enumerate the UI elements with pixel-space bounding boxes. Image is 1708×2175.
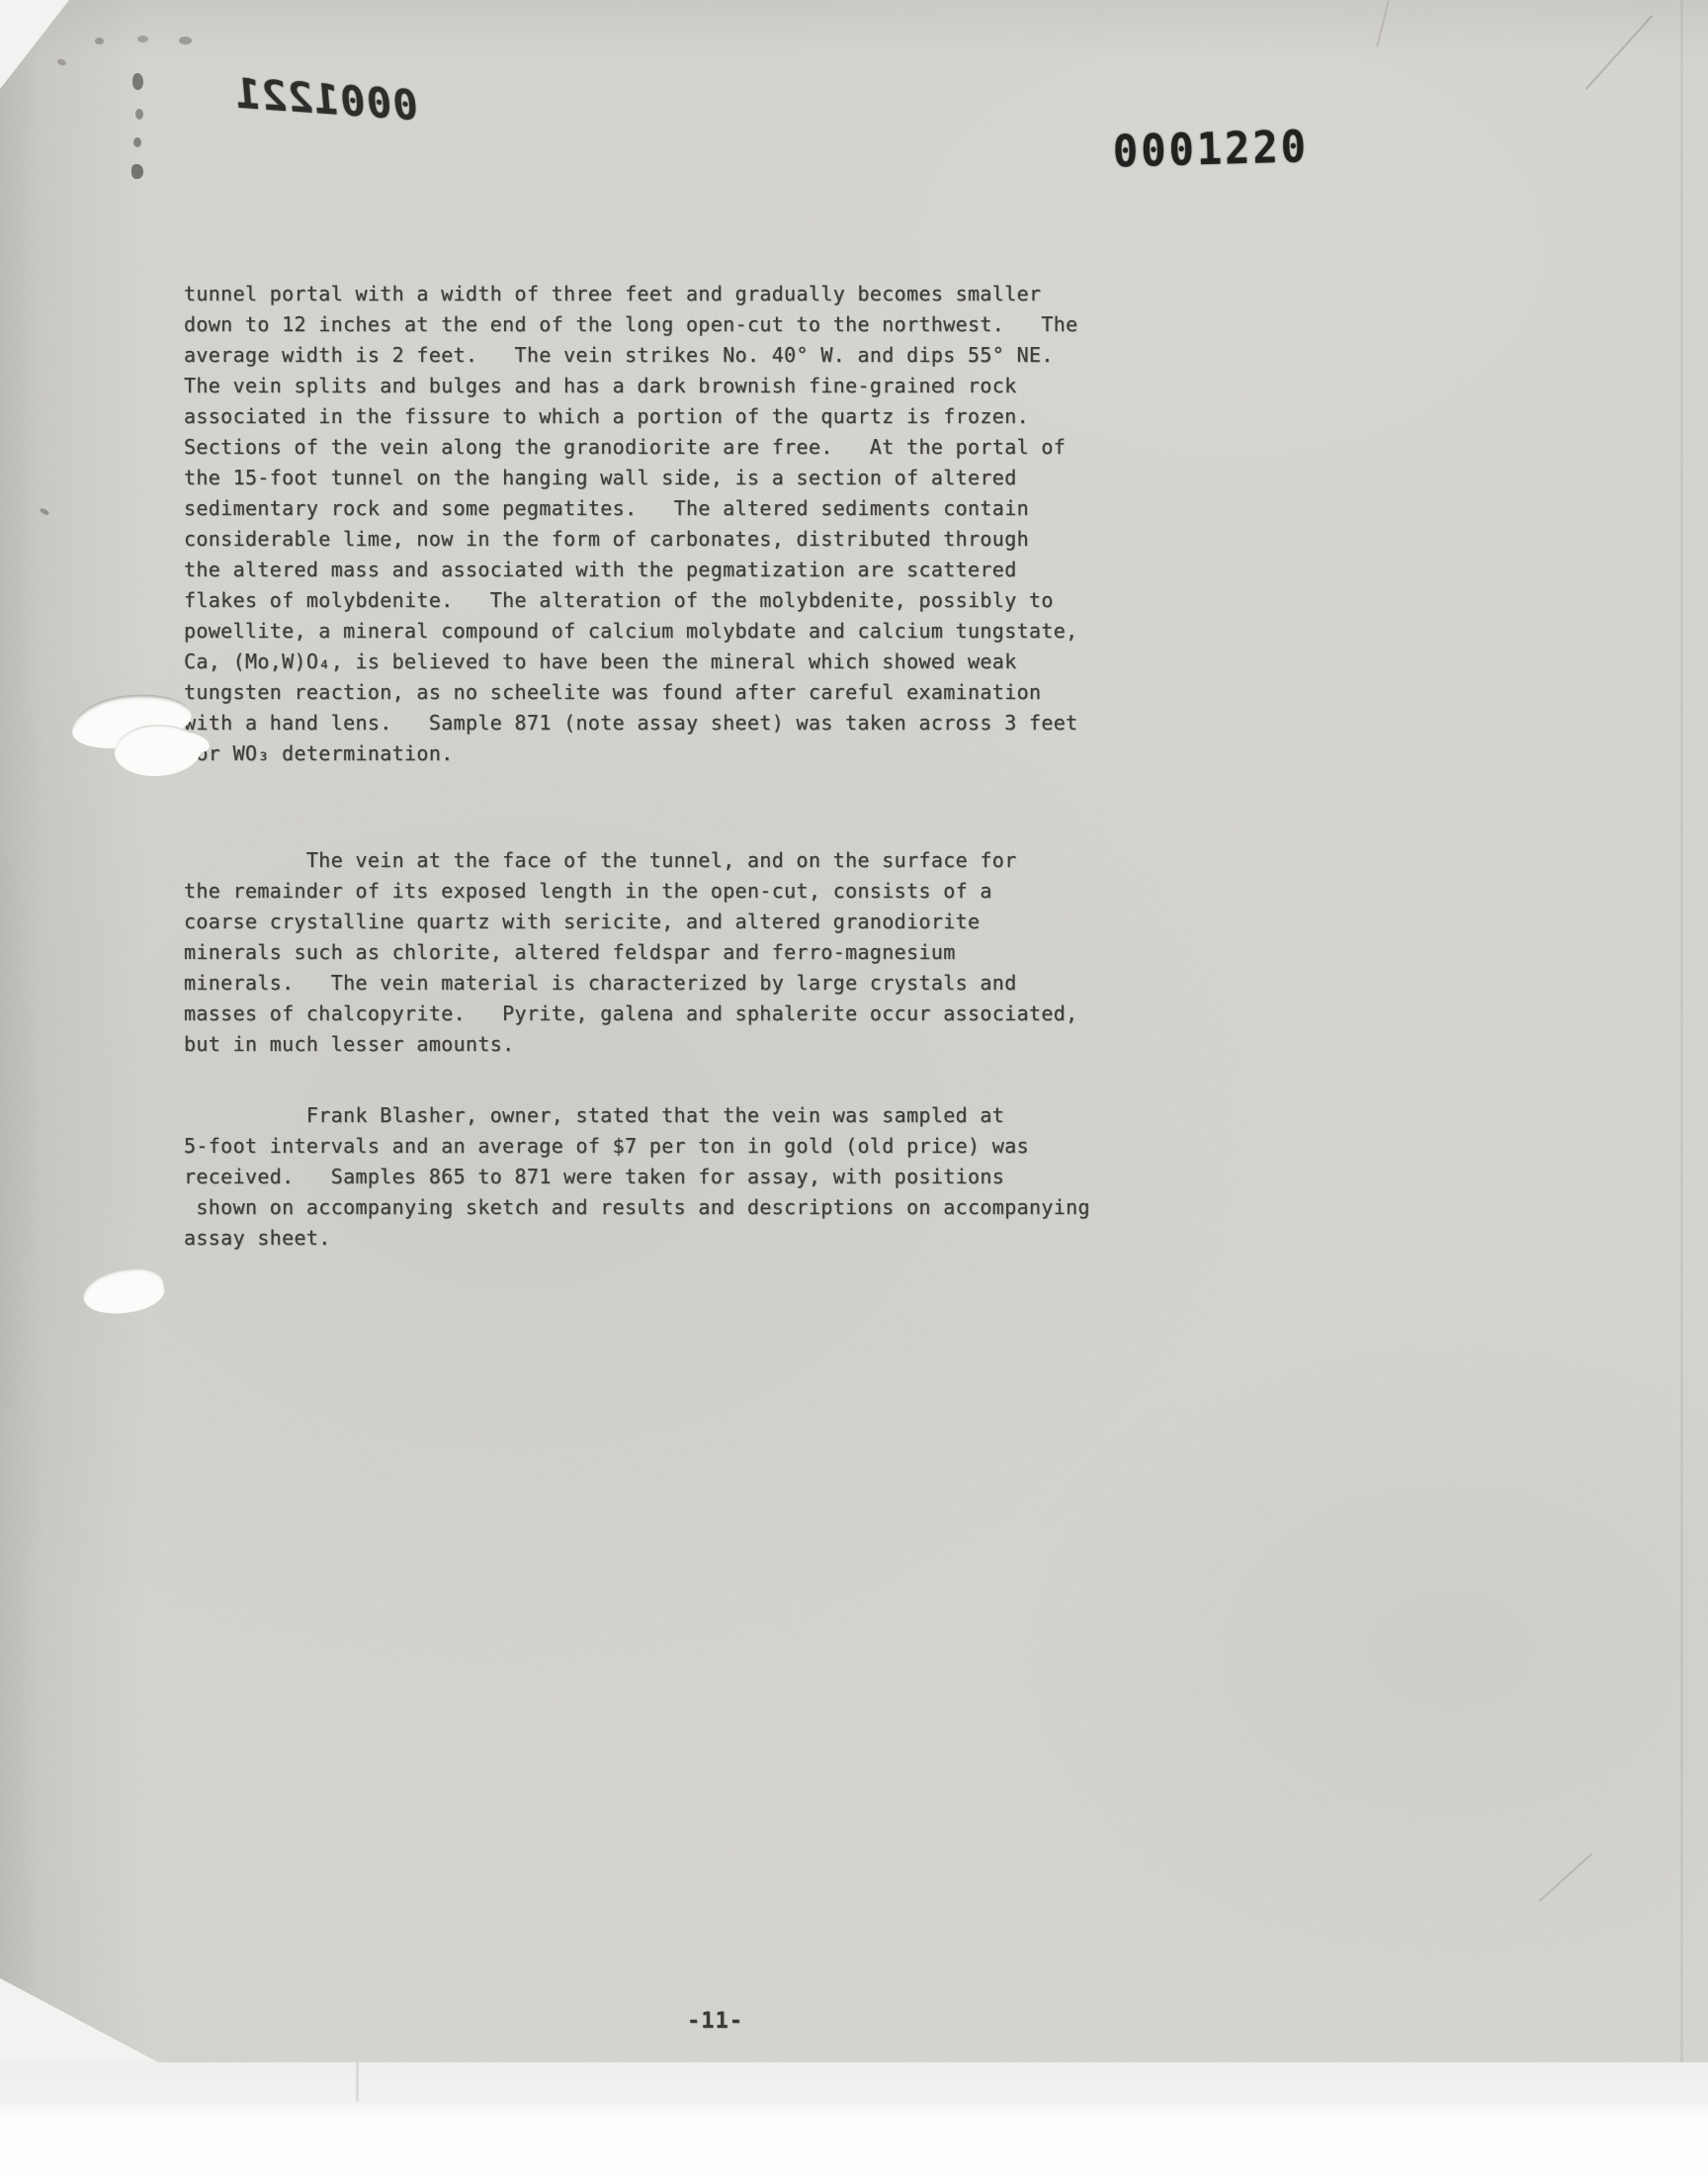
bleed-through-mirrored-stamp-number: 0001221 — [232, 69, 420, 130]
paper-crease — [1585, 15, 1653, 90]
paper-crease — [1539, 1853, 1593, 1902]
paper-crease — [1376, 0, 1390, 46]
paper-tear-hole — [80, 1263, 167, 1319]
body-paragraph-3: Frank Blasher, owner, stated that the ve… — [184, 1100, 1133, 1254]
ink-speck — [179, 37, 192, 44]
ink-speck — [137, 36, 148, 43]
ink-speck — [39, 507, 49, 516]
document-stamp-number: 0001220 — [1112, 121, 1309, 177]
page-number: -11- — [687, 2009, 743, 2034]
ink-speck — [131, 164, 143, 179]
ink-speck — [135, 109, 143, 120]
ink-speck — [133, 137, 141, 147]
ink-speck — [56, 57, 67, 66]
body-paragraph-1: tunnel portal with a width of three feet… — [184, 279, 1133, 769]
ink-speck — [132, 73, 143, 90]
ink-speck — [95, 38, 104, 44]
body-paragraph-2: The vein at the face of the tunnel, and … — [184, 845, 1133, 1060]
scan-streak — [1680, 0, 1683, 2062]
scan-streak — [356, 2062, 359, 2102]
scanned-paper-sheet: 0001221 0001220 tunnel portal with a wid… — [0, 0, 1708, 2062]
